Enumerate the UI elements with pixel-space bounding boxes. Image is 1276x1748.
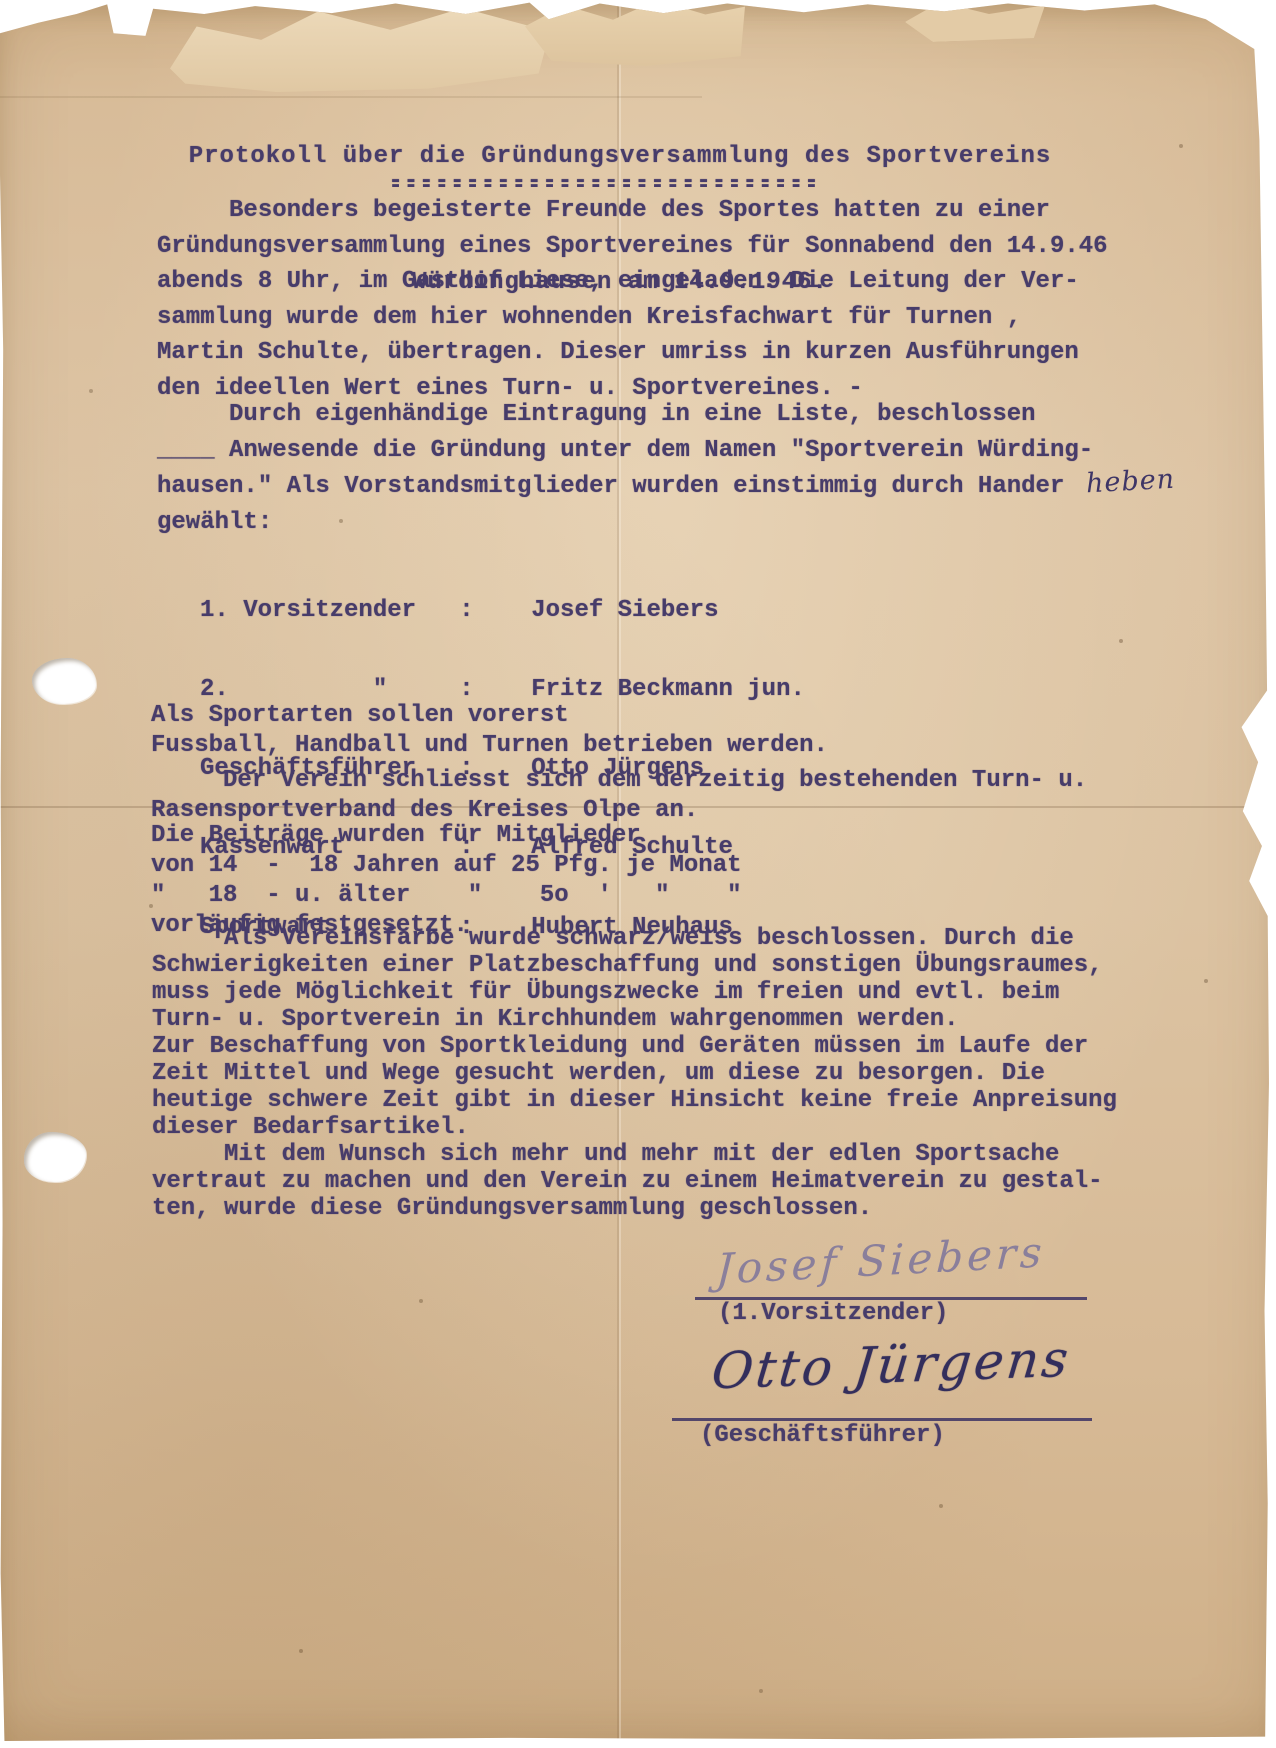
title-divider-dashes: ---------------------------- [0, 168, 1208, 195]
paragraph-club-colors-equipment: Als Vereinsfarbe wurde schwarz/weiss bes… [152, 925, 1117, 1141]
scanned-document: Protokoll über die Gründungsversammlung … [0, 0, 1276, 1748]
signature-role-geschaeftsfuehrer: (Geschäftsführer) [700, 1422, 945, 1449]
board-row: 2. " :Fritz Beckmann jun. [200, 677, 805, 703]
paper-sheet: Protokoll über die Gründungsversammlung … [0, 0, 1276, 1748]
board-row: 1. Vorsitzender :Josef Siebers [200, 598, 805, 624]
paragraph-fees: Die Beiträge wurden für Mitglieder von 1… [151, 821, 742, 941]
punch-hole [24, 1132, 86, 1182]
board-member-name: Josef Siebers [531, 598, 718, 624]
torn-paper-flap [525, 0, 745, 66]
signature-role-vorsitzender: (1.Vorsitzender) [718, 1300, 948, 1327]
signature-script-geschaeftsfuehrer: Otto Jürgens [709, 1330, 1074, 1401]
paragraph-sports: Als Sportarten sollen vorerst Fussball, … [151, 701, 828, 761]
signature-script-vorsitzender: Josef Siebers [715, 1227, 1047, 1293]
paragraph-invitation: Besonders begeisterte Freunde des Sporte… [157, 193, 1108, 406]
punch-hole [32, 658, 96, 704]
torn-paper-flap [170, 8, 550, 92]
paragraph-association: Der Verein schliesst sich dem derzeitig … [151, 766, 1087, 826]
paper-speckles [0, 0, 2, 2]
paragraph-founding: Durch eigenhändige Eintragung in eine Li… [157, 397, 1093, 541]
torn-paper-flap [905, 2, 1045, 42]
paragraph-closing: Mit dem Wunsch sich mehr und mehr mit de… [152, 1141, 1103, 1222]
board-role: 2. " : [200, 677, 459, 703]
board-member-name: Fritz Beckmann jun. [531, 677, 805, 703]
signature-line [672, 1418, 1092, 1421]
handwritten-insertion: heben [1085, 464, 1176, 500]
board-role: 1. Vorsitzender : [200, 598, 459, 624]
